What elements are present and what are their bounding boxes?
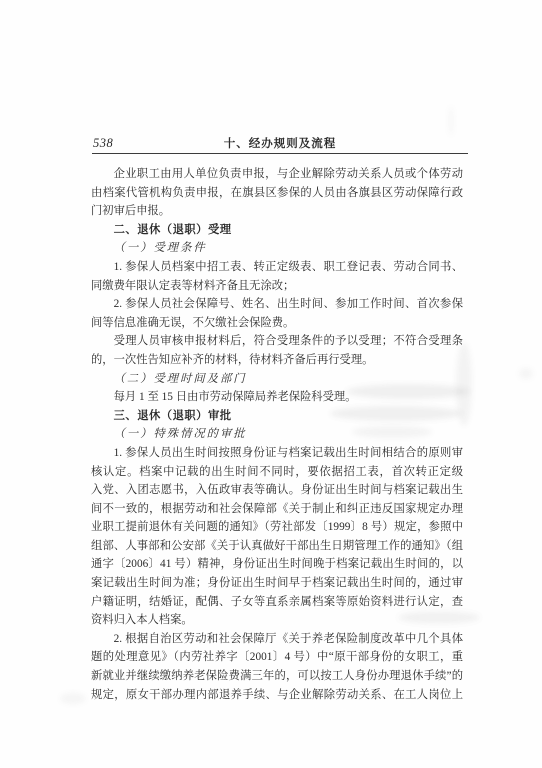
body-line: 间不一致的，根据劳动和社会保障部《关于制止和纠正违反国家规定办理企 <box>91 500 463 519</box>
body-line: 受理人员审核申报材料后，符合受理条件的予以受理；不符合受理条件 <box>91 332 463 351</box>
body-line: 1. 参保人员出生时间按照身份证与档案记载出生时间相结合的原则审 <box>91 444 463 463</box>
body-line: 题的处理意见》（内劳社养字〔2001〕4 号）中“原干部身份的女职工，重 <box>91 648 463 667</box>
body-line: 资料归入本人档案。 <box>91 611 463 630</box>
body-line: 由档案代管机构负责申报，在旗县区参保的人员由各旗县区劳动保障行政部 <box>91 184 463 203</box>
scan-artifact <box>60 693 86 704</box>
body-line: 的，一次性告知应补齐的材料，待材料齐备后再行受理。 <box>91 351 463 370</box>
body-line: 规定，原女干部办理内部退养手续、与企业解除劳动关系、在工人岗位上工 <box>91 686 463 705</box>
sub-heading: （一）特殊情况的审批 <box>91 425 463 444</box>
body-line: 案记载出生时间为准；身份证出生时间早于档案记载出生时间的，通过审核 <box>91 574 463 593</box>
scan-artifact <box>519 368 533 379</box>
section-heading: 三、退休（退职）审批 <box>91 407 463 426</box>
body-line: 2. 根据自治区劳动和社会保障厅《关于养老保险制度改革中几个具体问 <box>91 630 463 649</box>
sub-heading: （二）受理时间及部门 <box>91 370 463 389</box>
body-line: 1. 参保人员档案中招工表、转正定级表、职工登记表、劳动合同书、视 <box>91 258 463 277</box>
section-heading: 二、退休（退职）受理 <box>91 221 463 240</box>
body-line: 户籍证明，结婚证，配偶、子女等直系亲属档案等原始资料进行认定，查证 <box>91 593 463 612</box>
scanned-book-page: 538 十、经办规则及流程 企业职工由用人单位负责申报，与企业解除劳动关系人员或… <box>0 0 542 768</box>
page-body: 企业职工由用人单位负责申报，与企业解除劳动关系人员或个体劳动者由档案代管机构负责… <box>91 165 463 704</box>
body-line: 核认定。档案中记载的出生时间不同时，要依据招工表，首次转正定级表， <box>91 463 463 482</box>
body-line: 企业职工由用人单位负责申报，与企业解除劳动关系人员或个体劳动者 <box>91 165 463 184</box>
body-line: 门初审后申报。 <box>91 202 463 221</box>
body-line: 组部、人事部和公安部《关于认真做好干部出生日期管理工作的通知》（组 <box>91 537 463 556</box>
body-line: 每月 1 至 15 日由市劳动保障局养老保险科受理。 <box>91 388 463 407</box>
body-line: 同缴费年限认定表等材料齐备且无涂改； <box>91 277 463 296</box>
sub-heading: （一）受理条件 <box>91 239 463 258</box>
scan-artifact <box>449 106 453 136</box>
body-line: 间等信息准确无误，不欠缴社会保险费。 <box>91 314 463 333</box>
body-line: 2. 参保人员社会保障号、姓名、出生时间、参加工作时间、首次参保时 <box>91 295 463 314</box>
chapter-title: 十、经办规则及流程 <box>92 135 468 151</box>
body-line: 新就业并继续缴纳养老保险费满三年的，可以按工人身份办理退休手续”的 <box>91 667 463 686</box>
running-header: 538 十、经办规则及流程 <box>92 133 468 154</box>
body-line: 业职工提前退休有关问题的通知》（劳社部发〔1999〕8 号）规定，参照中 <box>91 518 463 537</box>
body-line: 通字〔2006〕41 号）精神，身份证出生时间晚于档案记载出生时间的，以档 <box>91 555 463 574</box>
body-line: 入党、入团志愿书，入伍政审表等确认。身份证出生时间与档案记载出生时 <box>91 481 463 500</box>
